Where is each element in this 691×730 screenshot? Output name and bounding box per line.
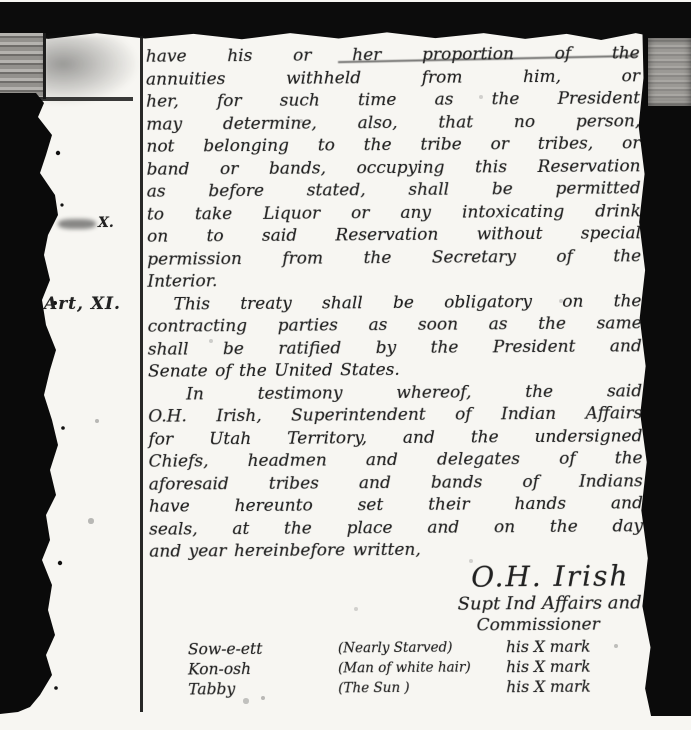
signature-title-line2: Commissioner [150, 614, 644, 637]
scan-artifact-right-band [637, 30, 691, 716]
signer-name: Tabby [188, 678, 338, 699]
margin-note-article-xi: Art, XI. [44, 294, 121, 314]
signer-meaning: (The Sun ) [338, 677, 506, 698]
signer-name: Sow-e-ett [188, 638, 338, 659]
scan-artifact-top-band [0, 2, 691, 40]
signer-marks-table: Sow-e-ett (Nearly Starved) his X mark Ko… [150, 636, 644, 699]
scan-artifact-ink-smudge [58, 219, 96, 229]
signer-meaning: (Nearly Starved) [338, 637, 506, 658]
scan-artifact-left-blob [0, 93, 70, 718]
scan-noise-speckles [0, 0, 2, 2]
margin-note-x: X. [98, 215, 114, 231]
signer-mark: his X mark [506, 636, 644, 657]
signer-mark: his X mark [506, 656, 644, 677]
signer-name: Kon-osh [188, 658, 338, 679]
signer-mark: his X mark [506, 676, 644, 697]
signature-oh-irish: O.H. Irish [149, 560, 643, 595]
signer-meaning: (Man of white hair) [338, 657, 506, 678]
manuscript-text-column: have his or her proportion of the annuit… [146, 42, 645, 699]
scanned-treaty-page: X. Art, XI. have his or her proportion o… [0, 0, 691, 730]
scan-artifact-right-gray-patch [648, 38, 691, 106]
ledger-margin-rule-line [140, 36, 143, 712]
scan-artifact-binding-stripes [0, 33, 46, 99]
